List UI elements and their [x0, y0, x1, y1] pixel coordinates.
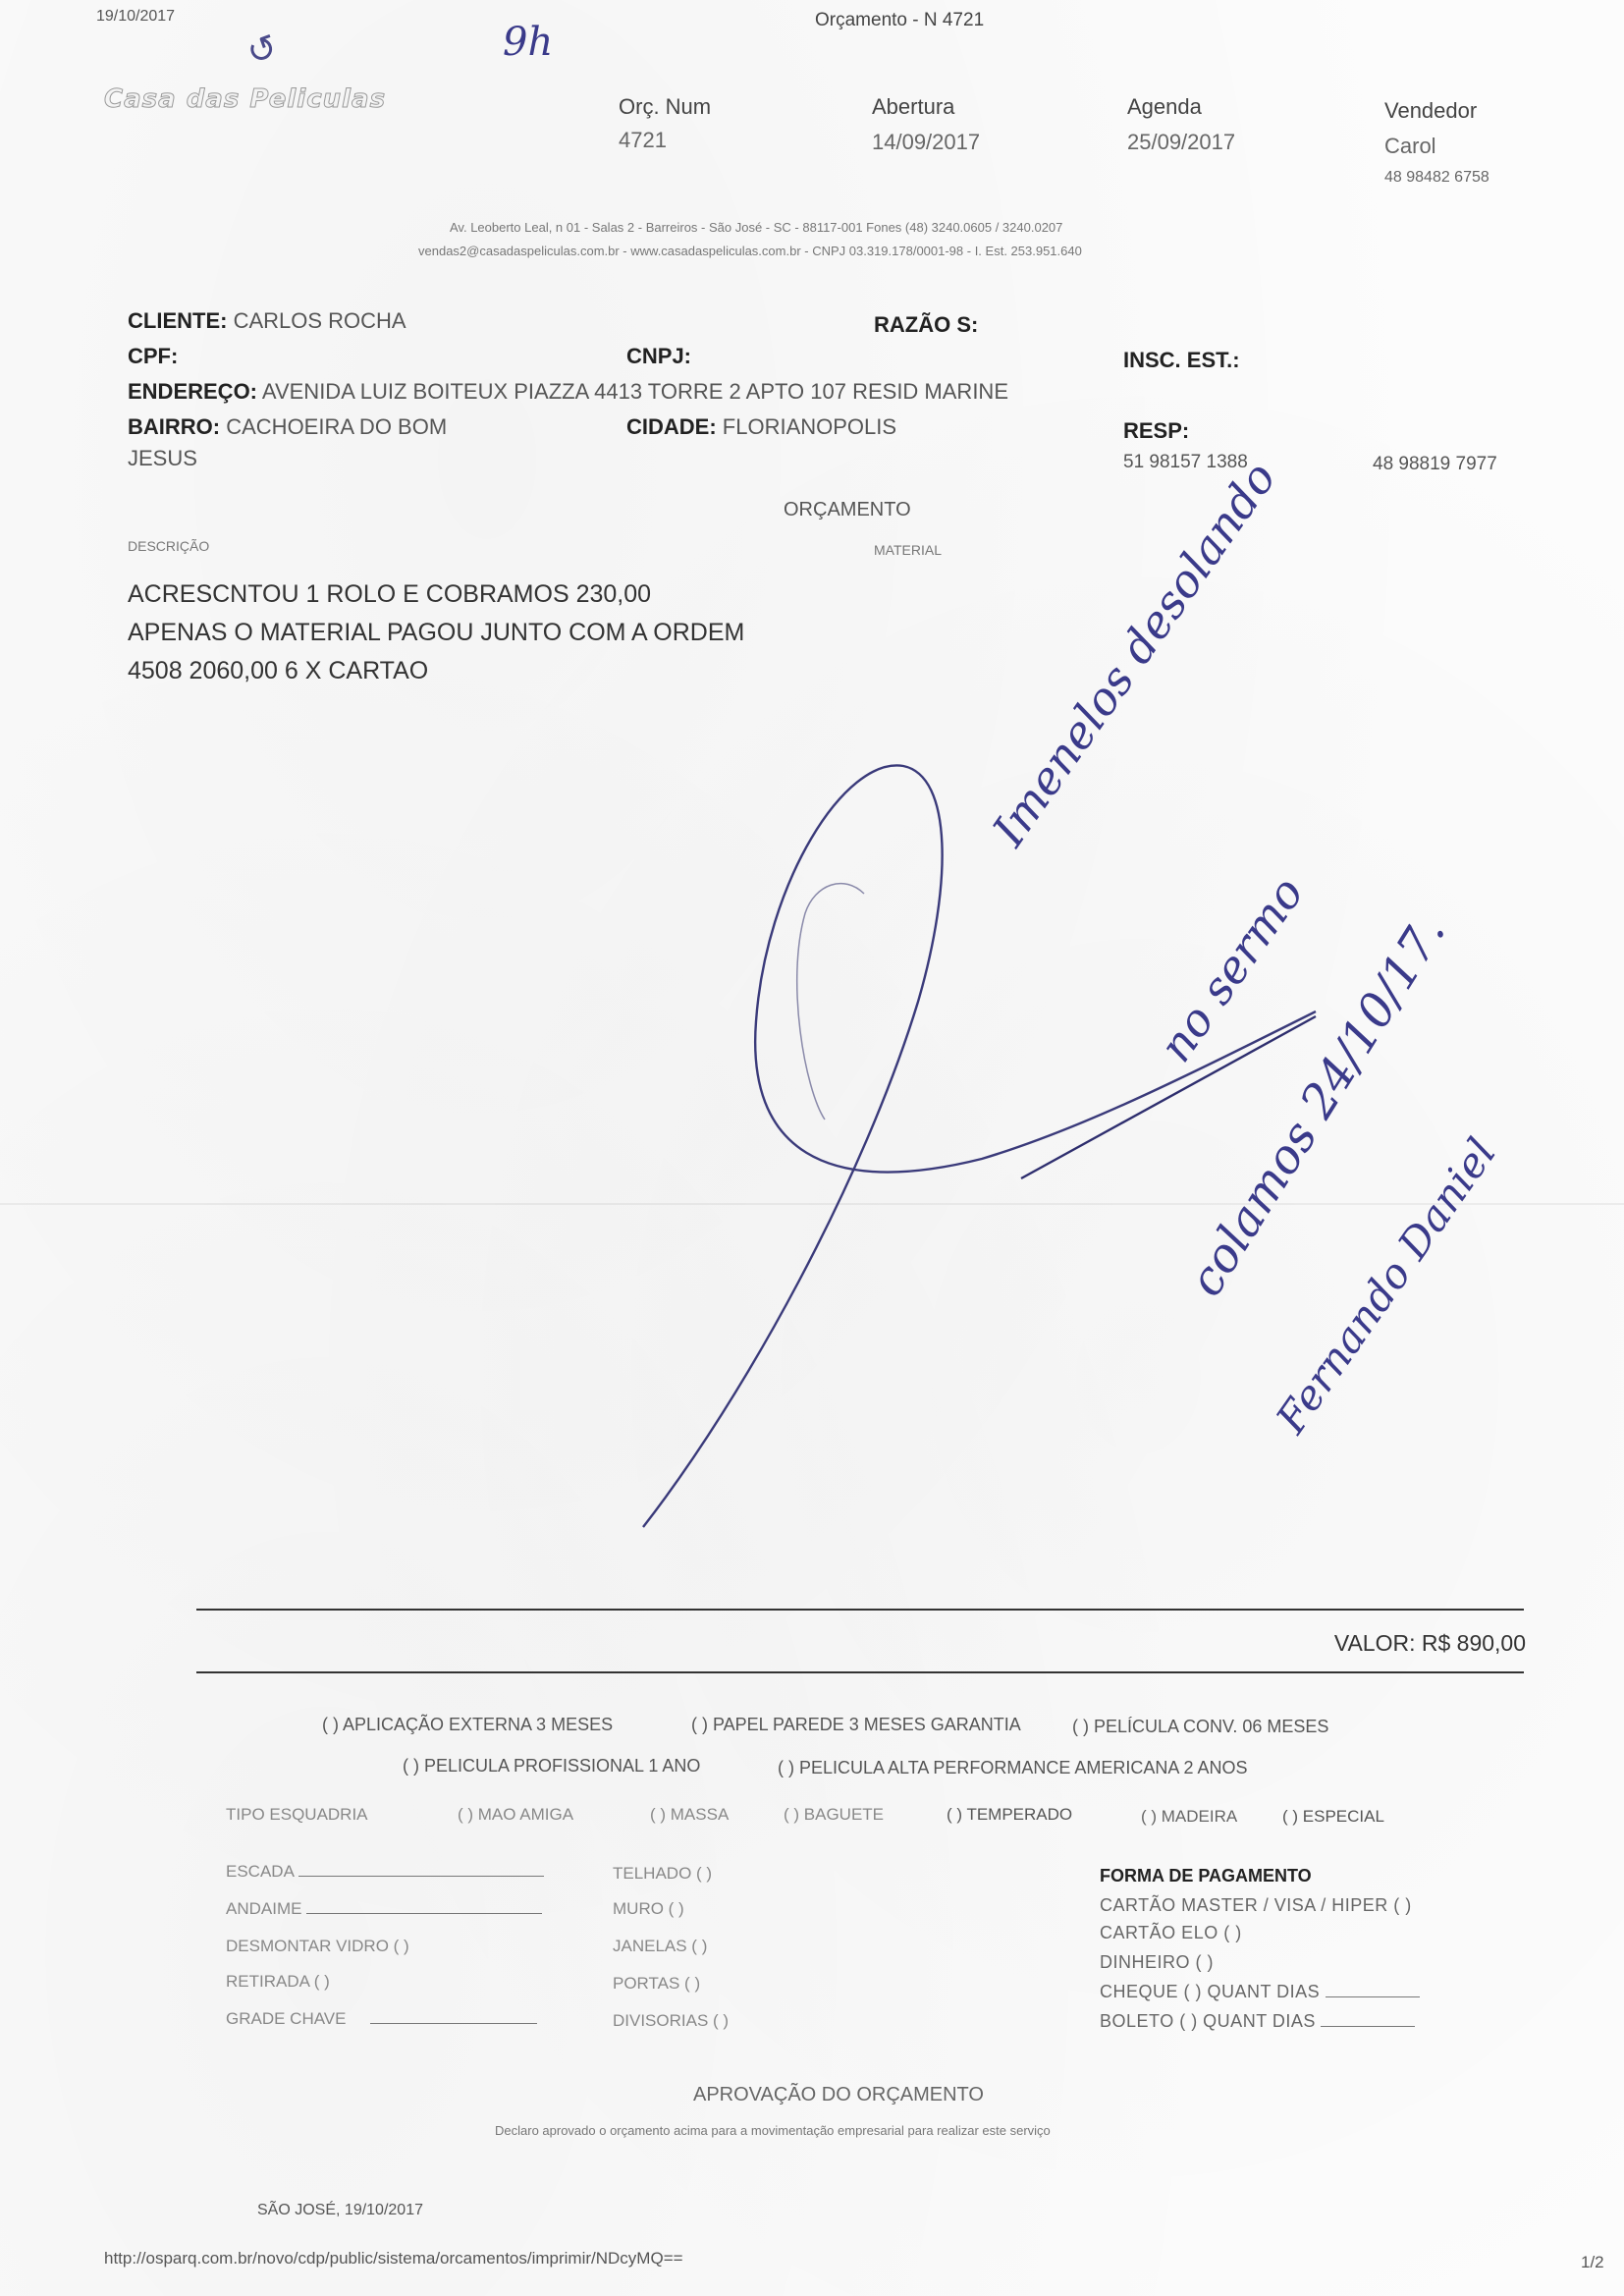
- service-telhado[interactable]: TELHADO ( ): [613, 1864, 712, 1884]
- description-line: APENAS O MATERIAL PAGOU JUNTO COM A ORDE…: [128, 614, 744, 652]
- payment-cartao-elo[interactable]: CARTÃO ELO ( ): [1100, 1923, 1242, 1943]
- abertura-value: 14/09/2017: [872, 130, 980, 155]
- payment-title: FORMA DE PAGAMENTO: [1100, 1866, 1312, 1886]
- service-divisorias[interactable]: DIVISORIAS ( ): [613, 2011, 729, 2031]
- agenda-value: 25/09/2017: [1127, 130, 1235, 155]
- option-pelicula-alta-performance[interactable]: ( ) PELICULA ALTA PERFORMANCE AMERICANA …: [778, 1758, 1247, 1778]
- paper-fold: [0, 1203, 1624, 1205]
- bairro-field: BAIRRO: CACHOEIRA DO BOM: [128, 414, 447, 440]
- descricao-label: DESCRIÇÃO: [128, 538, 209, 554]
- payment-boleto[interactable]: BOLETO ( ) QUANT DIAS: [1100, 2011, 1415, 2032]
- tipo-temperado[interactable]: ( ) TEMPERADO: [947, 1805, 1072, 1825]
- cpf-field: CPF:: [128, 344, 178, 369]
- service-retirada[interactable]: RETIRADA ( ): [226, 1972, 330, 1992]
- agenda-label: Agenda: [1127, 94, 1202, 120]
- divider-bottom: [196, 1671, 1524, 1673]
- cliente-field: CLIENTE: CARLOS ROCHA: [128, 308, 406, 334]
- service-portas[interactable]: PORTAS ( ): [613, 1974, 700, 1994]
- option-papel-parede[interactable]: ( ) PAPEL PAREDE 3 MESES GARANTIA: [691, 1715, 1021, 1735]
- print-title: Orçamento - N 4721: [815, 10, 984, 31]
- vendedor-phone: 48 98482 6758: [1384, 169, 1489, 187]
- tipo-massa[interactable]: ( ) MASSA: [650, 1805, 729, 1825]
- vendedor-value: Carol: [1384, 134, 1436, 159]
- tipo-especial[interactable]: ( ) ESPECIAL: [1282, 1807, 1384, 1827]
- print-date: 19/10/2017: [96, 8, 175, 26]
- description-line: 4508 2060,00 6 X CARTAO: [128, 652, 744, 690]
- footer-url[interactable]: http://osparq.com.br/novo/cdp/public/sis…: [104, 2249, 683, 2269]
- resp-phone-2: 48 98819 7977: [1373, 454, 1497, 475]
- option-pelicula-profissional[interactable]: ( ) PELICULA PROFISSIONAL 1 ANO: [403, 1756, 700, 1777]
- payment-cartao-master[interactable]: CARTÃO MASTER / VISA / HIPER ( ): [1100, 1895, 1412, 1916]
- endereco-field: ENDEREÇO: AVENIDA LUIZ BOITEUX PIAZZA 44…: [128, 379, 1008, 405]
- orc-num-label: Orç. Num: [619, 94, 711, 120]
- approval-title: APROVAÇÃO DO ORÇAMENTO: [693, 2084, 984, 2106]
- valor-total: VALOR: R$ 890,00: [1334, 1630, 1526, 1657]
- service-grade-chave[interactable]: GRADE CHAVE: [226, 2009, 537, 2029]
- option-aplicacao-externa[interactable]: ( ) APLICAÇÃO EXTERNA 3 MESES: [322, 1715, 613, 1735]
- bairro-continuation: JESUS: [128, 446, 197, 471]
- insc-est-field: INSC. EST.:: [1123, 348, 1240, 373]
- description-text: ACRESCNTOU 1 ROLO E COBRAMOS 230,00 APEN…: [128, 575, 744, 690]
- company-logo: Casa das Peliculas: [104, 84, 386, 114]
- payment-dinheiro[interactable]: DINHEIRO ( ): [1100, 1952, 1214, 1973]
- description-line: ACRESCNTOU 1 ROLO E COBRAMOS 230,00: [128, 575, 744, 614]
- divider-top: [196, 1609, 1524, 1611]
- approval-text: Declaro aprovado o orçamento acima para …: [495, 2123, 1051, 2138]
- tipo-mao-amiga[interactable]: ( ) MAO AMIGA: [458, 1805, 573, 1825]
- abertura-label: Abertura: [872, 94, 954, 120]
- page-number: 1/2: [1581, 2253, 1604, 2272]
- option-pelicula-conv[interactable]: ( ) PELÍCULA CONV. 06 MESES: [1072, 1717, 1328, 1737]
- company-contact: vendas2@casadaspeliculas.com.br - www.ca…: [418, 244, 1082, 258]
- cnpj-field: CNPJ:: [626, 344, 691, 369]
- razao-field: RAZÃO S:: [874, 312, 978, 338]
- handwritten-time-note: 9h: [503, 20, 553, 65]
- service-janelas[interactable]: JANELAS ( ): [613, 1937, 707, 1956]
- tipo-baguete[interactable]: ( ) BAGUETE: [784, 1805, 884, 1825]
- cidade-field: CIDADE: FLORIANOPOLIS: [626, 414, 896, 440]
- service-escada[interactable]: ESCADA: [226, 1862, 544, 1882]
- tipo-madeira[interactable]: ( ) MADEIRA: [1141, 1807, 1237, 1827]
- service-muro[interactable]: MURO ( ): [613, 1899, 684, 1919]
- material-label: MATERIAL: [874, 542, 942, 558]
- tipo-esquadria-label: TIPO ESQUADRIA: [226, 1805, 368, 1825]
- place-date: SÃO JOSÉ, 19/10/2017: [257, 2202, 423, 2219]
- service-desmontar-vidro[interactable]: DESMONTAR VIDRO ( ): [226, 1937, 409, 1956]
- service-andaime[interactable]: ANDAIME: [226, 1899, 542, 1919]
- company-address: Av. Leoberto Leal, n 01 - Salas 2 - Barr…: [450, 220, 1062, 235]
- payment-cheque[interactable]: CHEQUE ( ) QUANT DIAS: [1100, 1982, 1420, 2002]
- orc-num-value: 4721: [619, 128, 667, 153]
- resp-field: RESP:: [1123, 418, 1189, 444]
- orcamento-section-title: ORÇAMENTO: [784, 499, 911, 521]
- vendedor-label: Vendedor: [1384, 98, 1477, 124]
